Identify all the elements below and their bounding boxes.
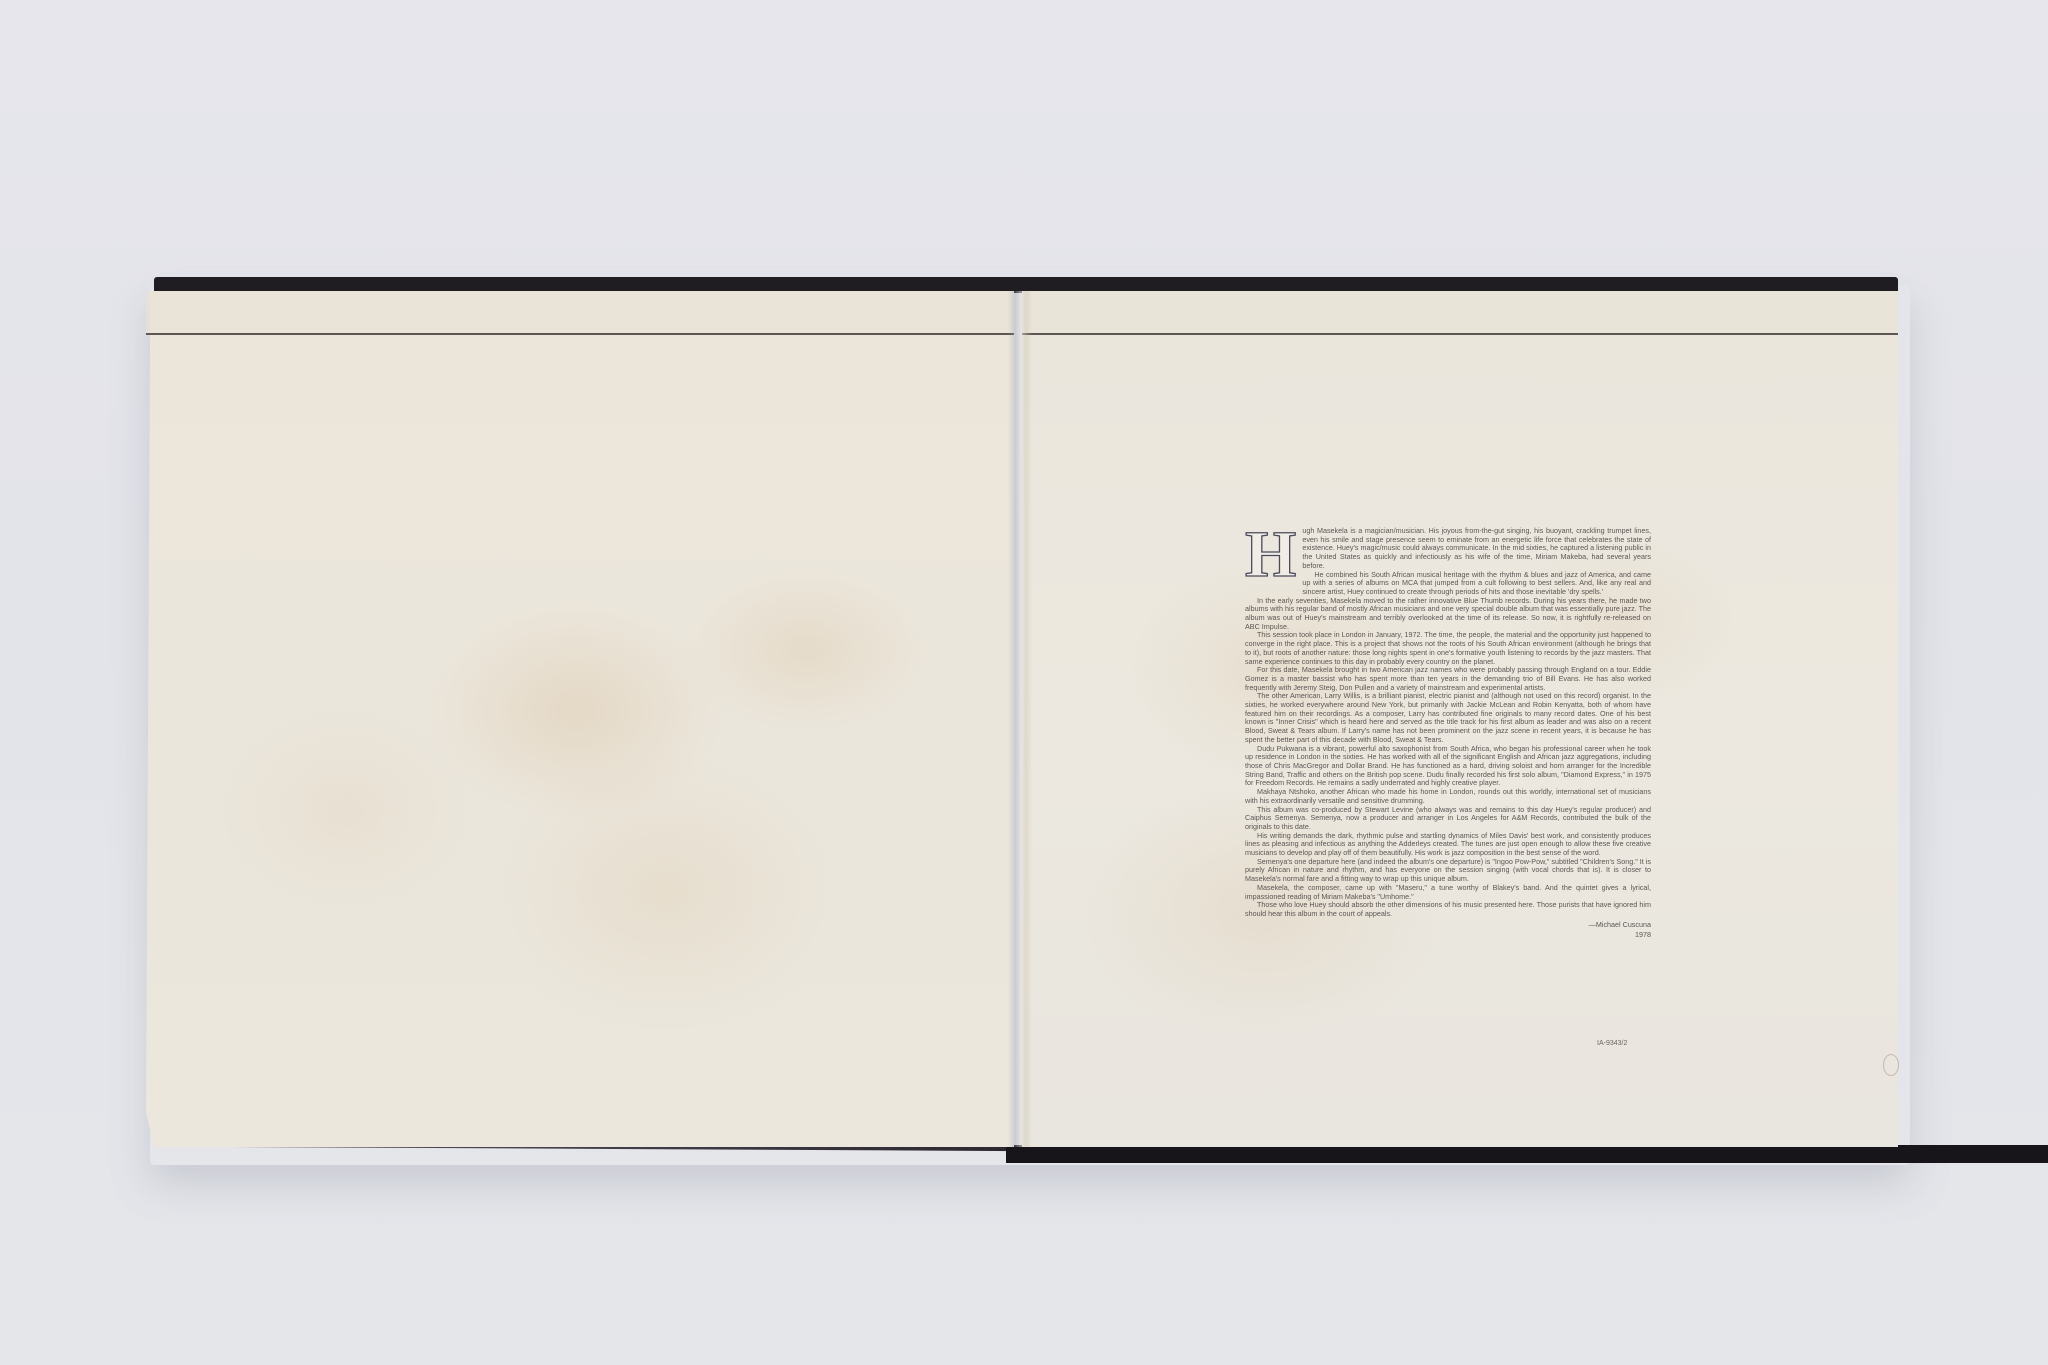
liner-paragraph: Those who love Huey should absorb the ot… <box>1245 901 1651 918</box>
signature-year: 1978 <box>1245 931 1651 940</box>
center-fold-crease <box>1008 291 1032 1147</box>
liner-paragraph: His writing demands the dark, rhythmic p… <box>1245 832 1651 858</box>
photo-scene: H ugh Masekela is a magician/musician. H… <box>0 0 2048 1365</box>
liner-notes: H ugh Masekela is a magician/musician. H… <box>1245 527 1651 940</box>
bottom-right-edge <box>1006 1145 2048 1163</box>
liner-paragraph: For this date, Masekela brought in two A… <box>1245 666 1651 692</box>
right-top-band <box>1022 291 1898 333</box>
left-top-band <box>146 291 1014 333</box>
liner-paragraph: This album was co-produced by Stewart Le… <box>1245 806 1651 832</box>
liner-paragraph: ugh Masekela is a magician/musician. His… <box>1245 527 1651 571</box>
drop-cap-letter: H <box>1245 527 1296 589</box>
right-horizontal-rule <box>1022 333 1898 335</box>
liner-paragraph: The other American, Larry Willis, is a b… <box>1245 692 1651 744</box>
liner-paragraph: Semenya's one departure here (and indeed… <box>1245 858 1651 884</box>
ring-wear-mark <box>1883 1054 1899 1076</box>
left-inner-panel <box>146 291 1014 1147</box>
liner-paragraph: In the early seventies, Masekela moved t… <box>1245 597 1651 632</box>
left-horizontal-rule <box>146 333 1014 335</box>
liner-paragraph: He combined his South African musical he… <box>1245 571 1651 597</box>
catalog-number: IA-9343/2 <box>1597 1040 1627 1047</box>
liner-paragraph: This session took place in London in Jan… <box>1245 631 1651 666</box>
liner-paragraph: Masekela, the composer, came up with "Ma… <box>1245 884 1651 901</box>
author-signature: —Michael Cuscuna <box>1245 921 1651 930</box>
liner-paragraph: Makhaya Ntshoko, another African who mad… <box>1245 788 1651 805</box>
liner-paragraph: Dudu Pukwana is a vibrant, powerful alto… <box>1245 745 1651 789</box>
